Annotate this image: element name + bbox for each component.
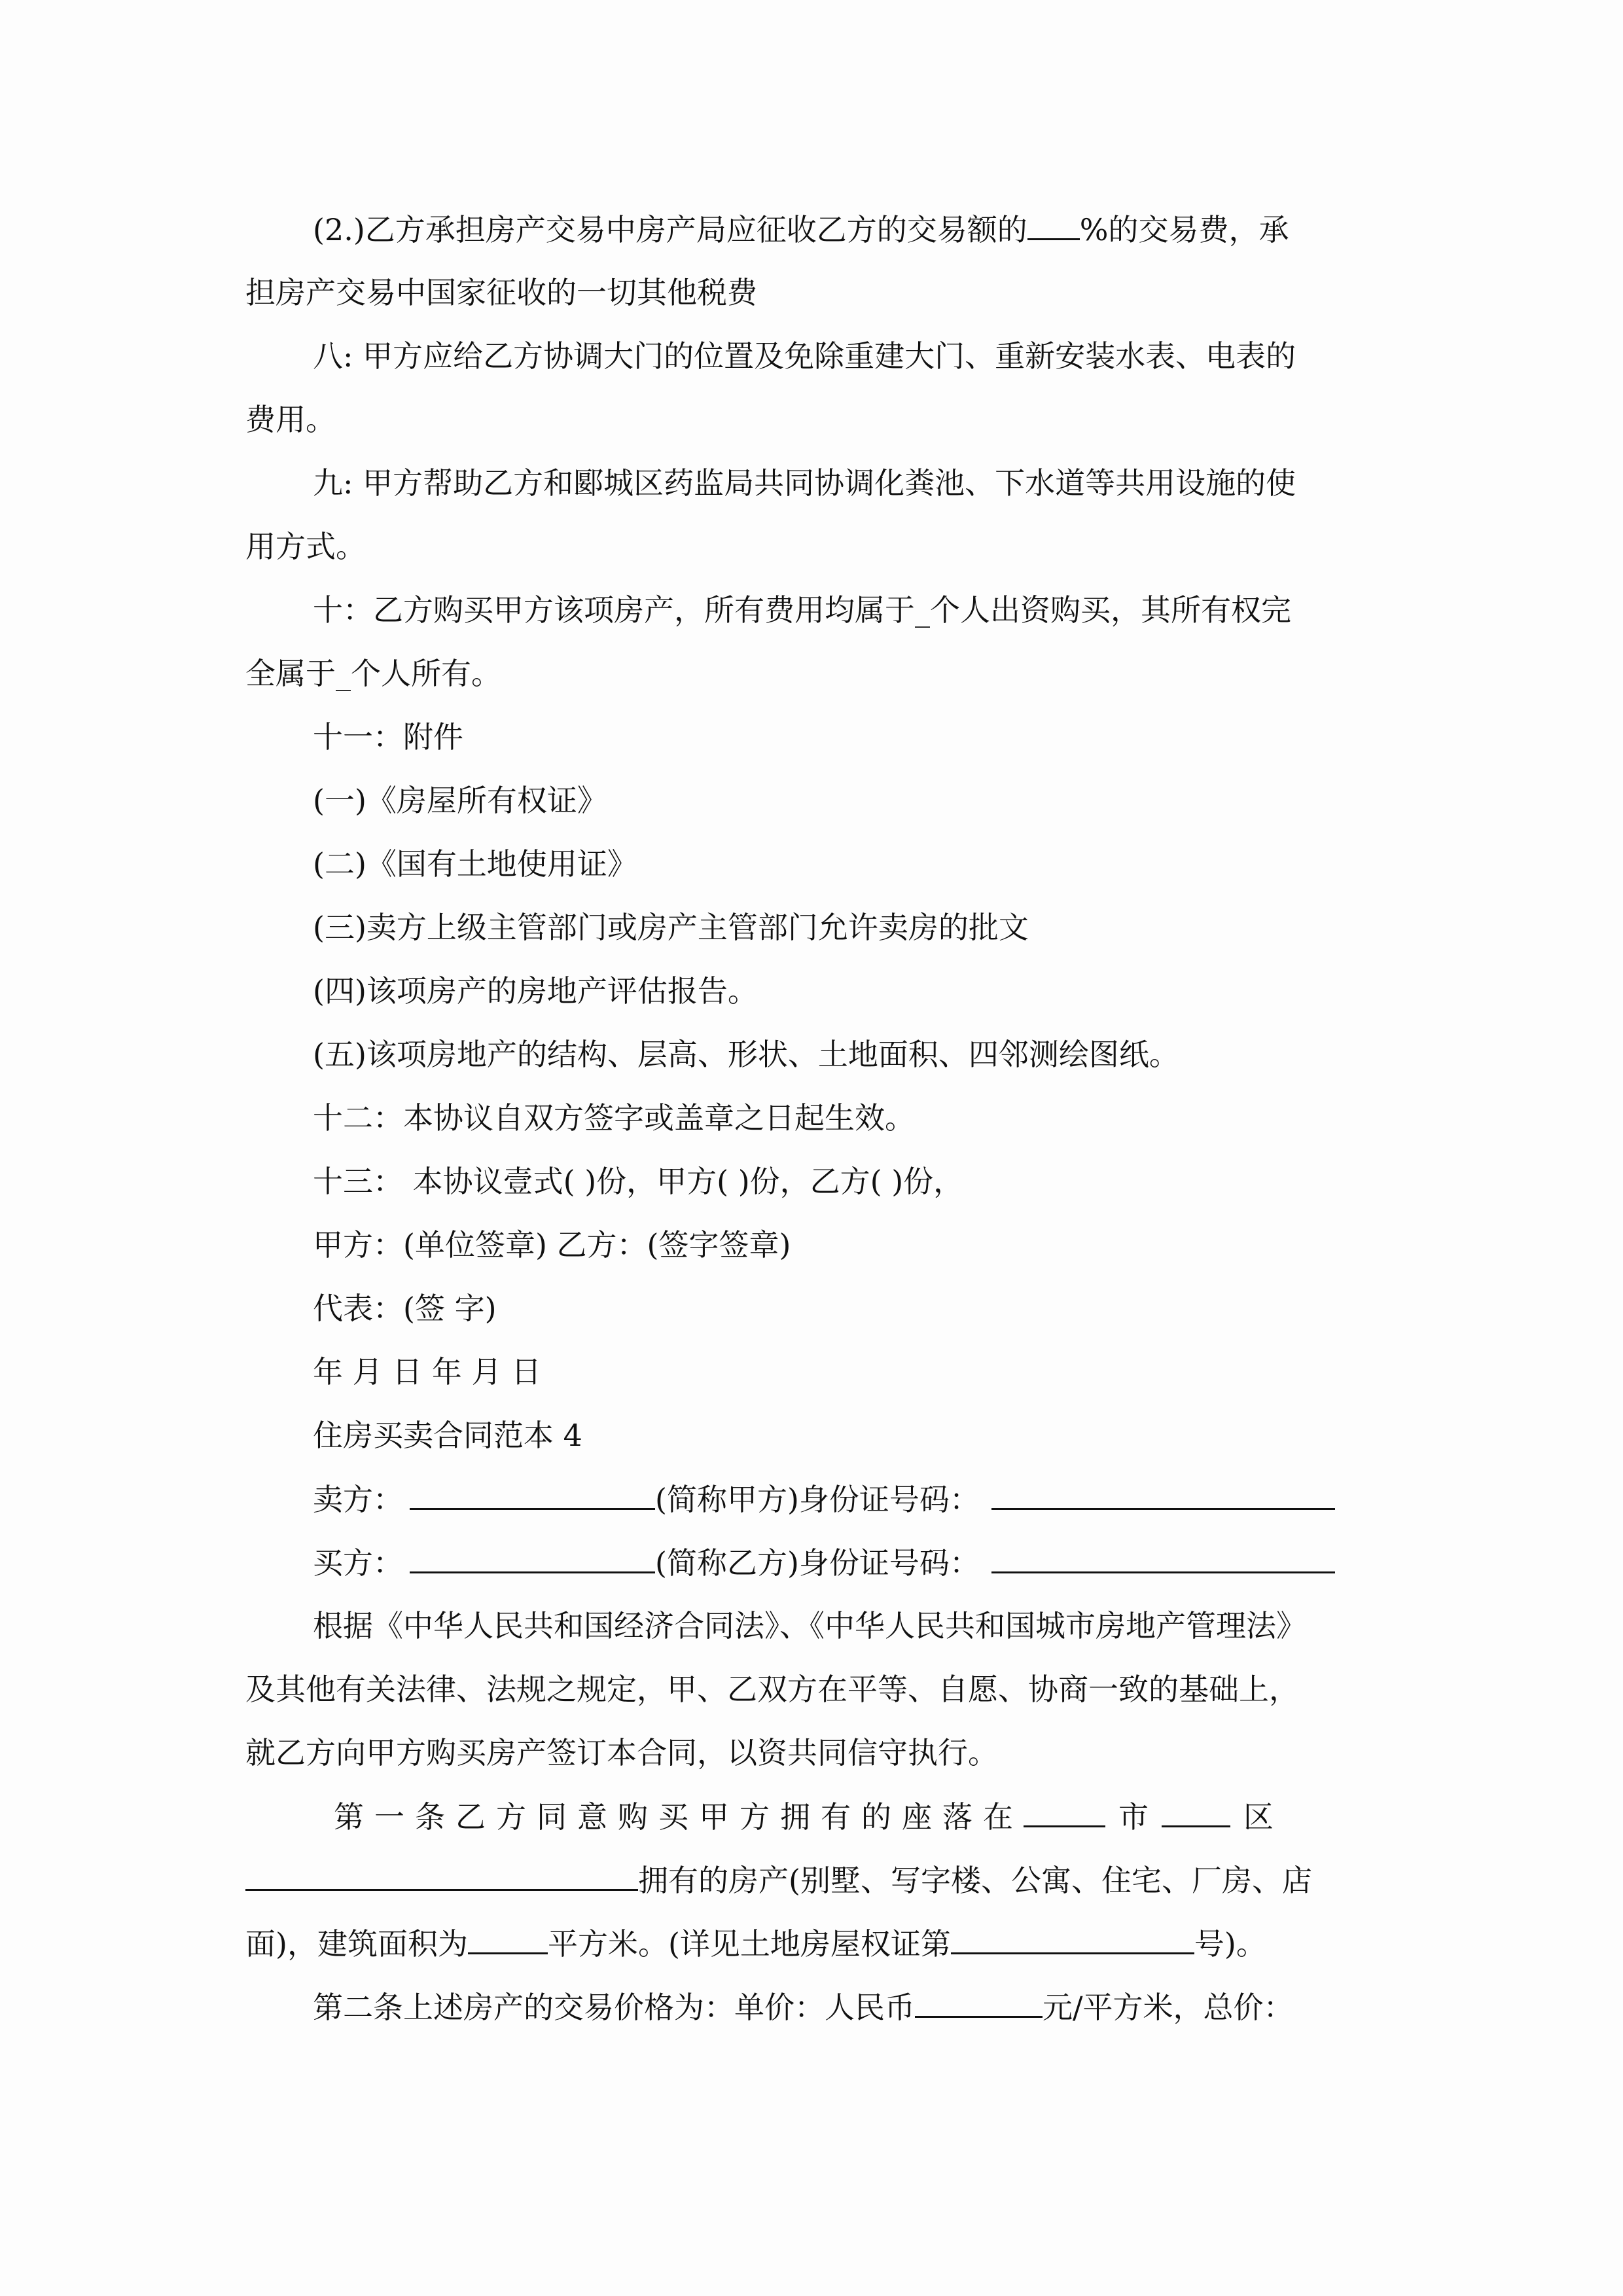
buyer-label: 买方： xyxy=(313,1545,403,1581)
certificate-number-field[interactable] xyxy=(951,1924,1194,1954)
preamble-line-2: 及其他有关法律、法规之规定，甲、乙双方在平等、自愿、协商一致的基础上， xyxy=(245,1670,1381,1709)
clause-7-2-line-1: (2.)乙方承担房产交易中房产局应征收乙方的交易额的%的交易费，承 xyxy=(313,209,1381,249)
district-field[interactable] xyxy=(1162,1797,1230,1827)
text: (2.)乙方承担房产交易中房产局应征收乙方的交易额的 xyxy=(313,212,1027,247)
clause-8-line-2: 费用。 xyxy=(245,400,1381,439)
signature-representative: 代表：(签 字) xyxy=(313,1289,1381,1328)
article-1-line-1: 第一条乙方同意购买甲方拥有的座落在市区 xyxy=(334,1797,1381,1836)
text: 市 xyxy=(1118,1799,1149,1835)
text: 拥有的房产(别墅、写字楼、公寓、住宅、厂房、店 xyxy=(638,1863,1312,1898)
text: %的交易费，承 xyxy=(1080,212,1289,247)
text: 面)，建筑面积为 xyxy=(245,1926,468,1962)
clause-10-line-2: 全属于_个人所有。 xyxy=(245,654,1381,693)
seller-id-label: (简称甲方)身份证号码： xyxy=(655,1482,980,1517)
clause-11-heading: 十一：附件 xyxy=(313,717,1381,757)
text: 平方米。(详见土地房屋权证第 xyxy=(548,1926,951,1962)
buyer-line: 买方：(简称乙方)身份证号码： xyxy=(313,1543,1381,1582)
text: 区 xyxy=(1243,1799,1274,1835)
attachment-2: (二)《国有土地使用证》 xyxy=(313,844,1381,884)
buyer-name-field[interactable] xyxy=(410,1543,655,1573)
buyer-id-field[interactable] xyxy=(991,1543,1335,1573)
text: 第一条乙方同意购买甲方拥有的座落在 xyxy=(334,1799,1024,1835)
blank-percent-field[interactable] xyxy=(1027,209,1080,240)
city-field[interactable] xyxy=(1024,1797,1105,1827)
seller-line: 卖方：(简称甲方)身份证号码： xyxy=(313,1479,1381,1518)
clause-13: 十三： 本协议壹式( )份，甲方( )份，乙方( )份， xyxy=(313,1162,1381,1201)
signature-parties: 甲方：(单位签章) 乙方：(签字签章) xyxy=(313,1225,1381,1265)
clause-7-2-line-2: 担房产交易中国家征收的一切其他税费 xyxy=(245,273,1381,312)
attachment-3: (三)卖方上级主管部门或房产主管部门允许卖房的批文 xyxy=(313,908,1381,947)
text: 号)。 xyxy=(1194,1926,1266,1962)
article-2-line-1: 第二条上述房产的交易价格为：单价：人民币元/平方米，总价： xyxy=(313,1987,1381,2026)
clause-9-line-2: 用方式。 xyxy=(245,527,1381,566)
article-1-line-3: 面)，建筑面积为平方米。(详见土地房屋权证第号)。 xyxy=(245,1924,1381,1963)
preamble-line-1: 根据《中华人民共和国经济合同法》、《中华人民共和国城市房地产管理法》 xyxy=(313,1606,1381,1645)
clause-12: 十二：本协议自双方签字或盖章之日起生效。 xyxy=(313,1098,1381,1138)
clause-10-line-1: 十：乙方购买甲方该项房产，所有费用均属于_个人出资购买，其所有权完 xyxy=(313,590,1381,630)
preamble-line-3: 就乙方向甲方购买房产签订本合同，以资共同信守执行。 xyxy=(245,1733,1381,1772)
text: 元/平方米，总价： xyxy=(1043,1990,1294,2025)
article-1-line-2: 拥有的房产(别墅、写字楼、公寓、住宅、厂房、店 xyxy=(245,1860,1381,1899)
attachment-4: (四)该项房产的房地产评估报告。 xyxy=(313,971,1381,1011)
clause-9-line-1: 九: 甲方帮助乙方和郾城区药监局共同协调化粪池、下水道等共用设施的使 xyxy=(313,463,1381,503)
seller-name-field[interactable] xyxy=(410,1479,655,1510)
document-page: (2.)乙方承担房产交易中房产局应征收乙方的交易额的%的交易费，承 担房产交易中… xyxy=(0,0,1623,2296)
text: 第二条上述房产的交易价格为：单价：人民币 xyxy=(313,1990,915,2025)
attachment-1: (一)《房屋所有权证》 xyxy=(313,781,1381,820)
area-field[interactable] xyxy=(468,1924,548,1954)
clause-8-line-1: 八: 甲方应给乙方协调大门的位置及免除重建大门、重新安装水表、电表的 xyxy=(313,336,1381,376)
address-field[interactable] xyxy=(245,1860,638,1891)
signature-dates: 年 月 日 年 月 日 xyxy=(313,1352,1381,1391)
attachment-5: (五)该项房地产的结构、层高、形状、土地面积、四邻测绘图纸。 xyxy=(313,1035,1381,1074)
seller-id-field[interactable] xyxy=(991,1479,1335,1510)
section-title: 住房买卖合同范本 4 xyxy=(313,1416,1381,1455)
unit-price-field[interactable] xyxy=(915,1987,1043,2018)
buyer-id-label: (简称乙方)身份证号码： xyxy=(655,1545,980,1581)
seller-label: 卖方： xyxy=(313,1482,403,1517)
